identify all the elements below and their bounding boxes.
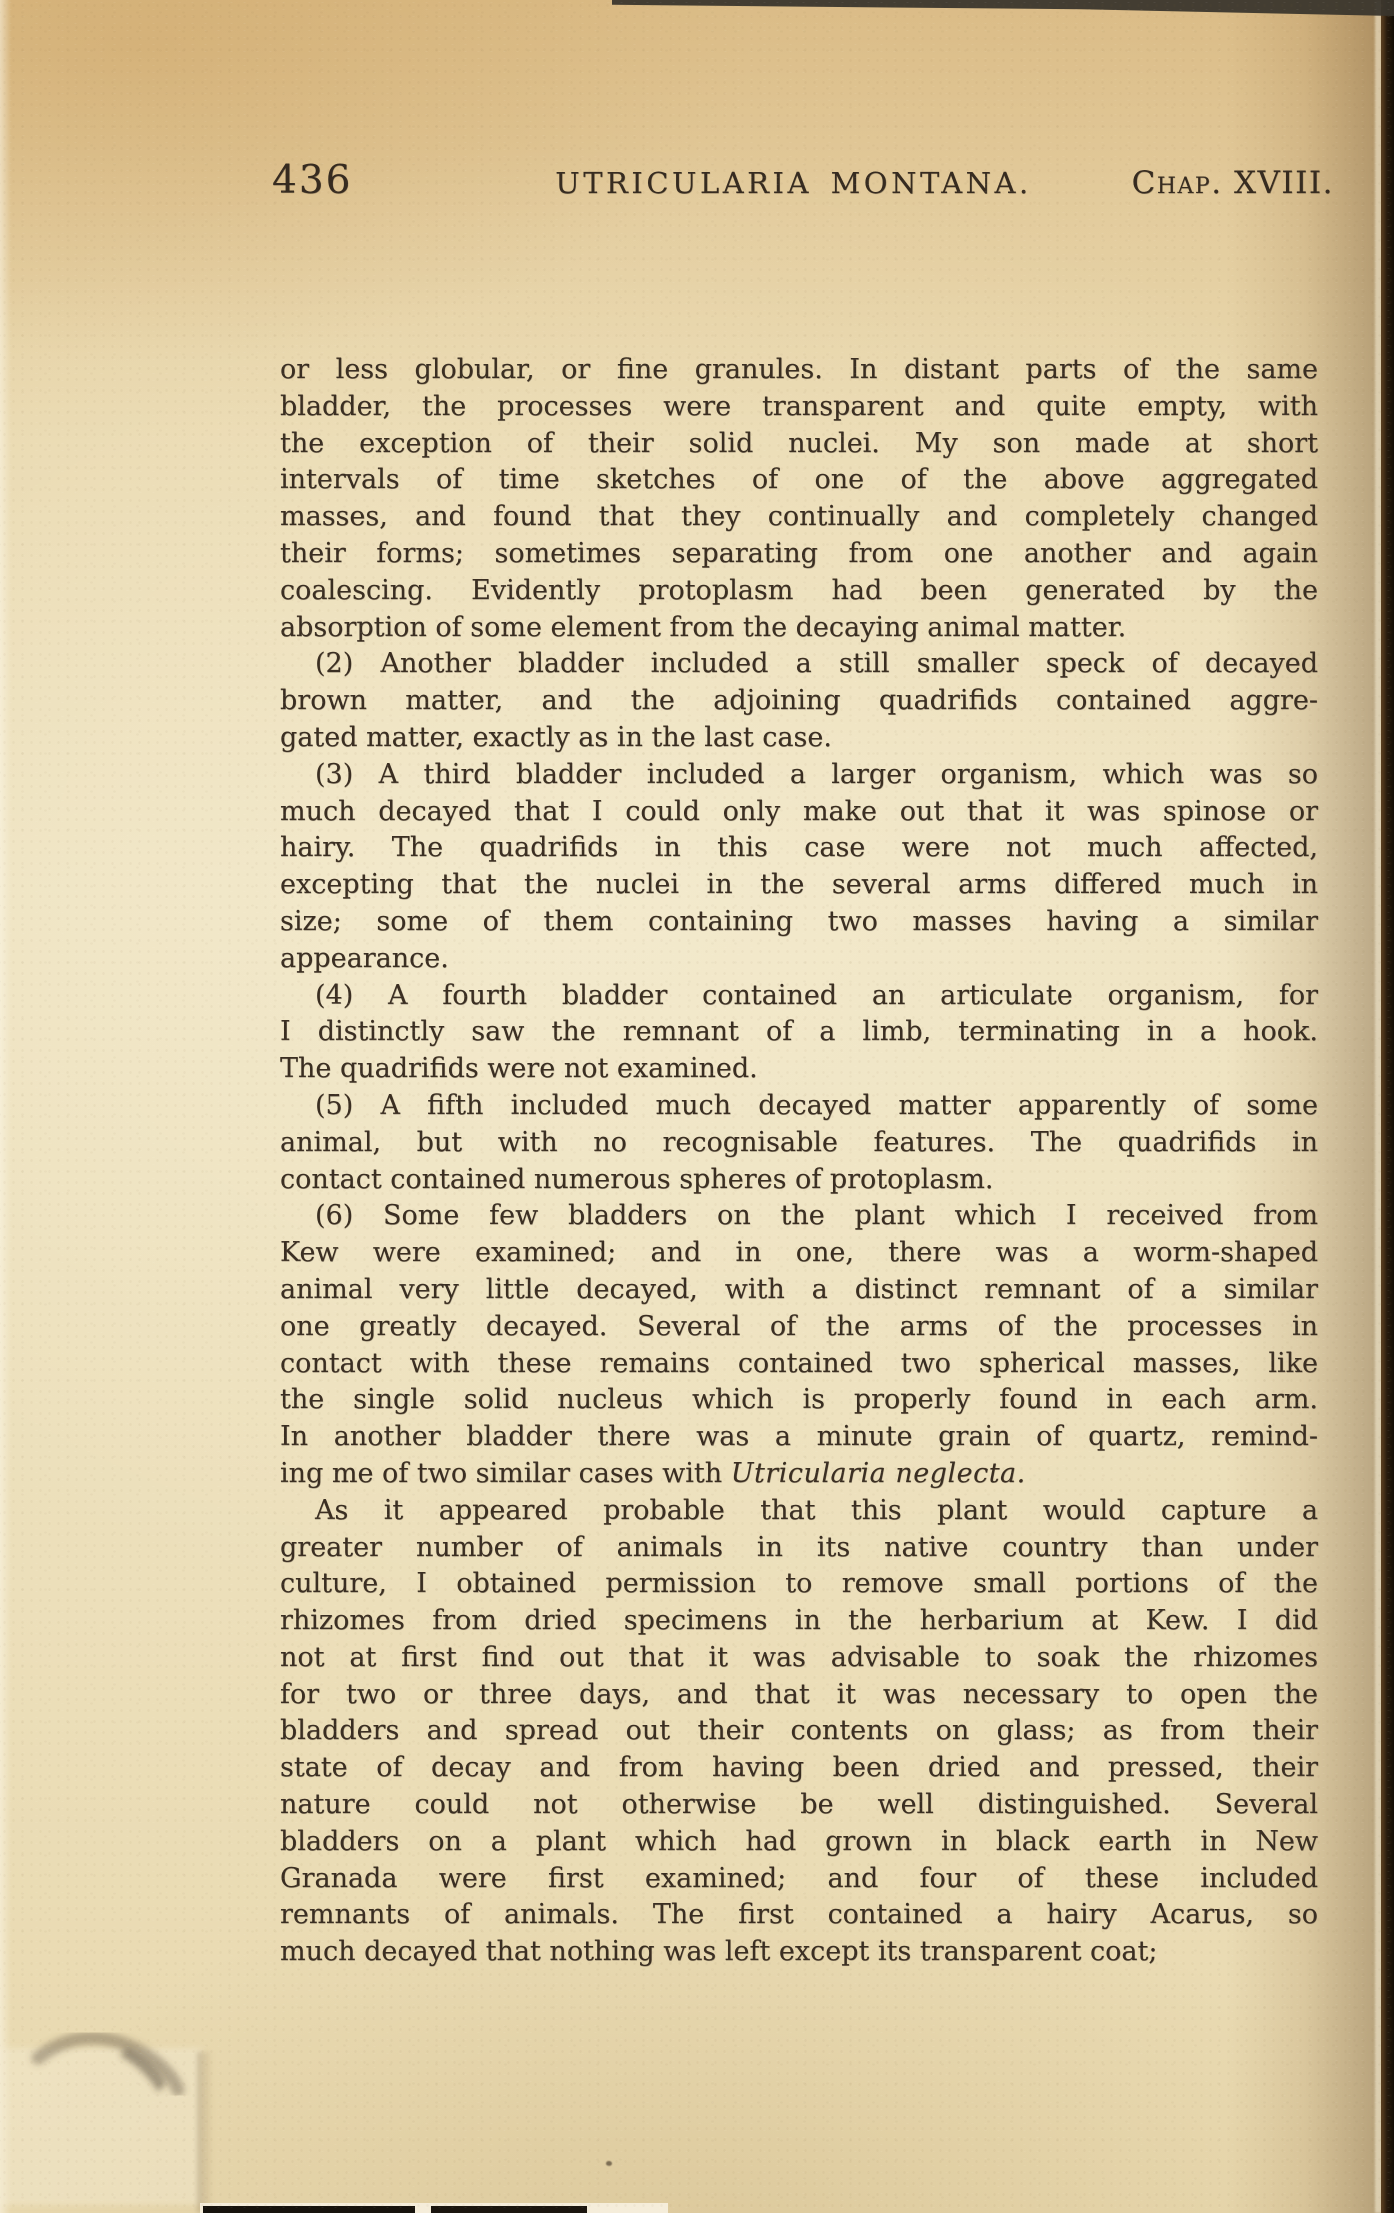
text-segment: the single solid nucleus which is proper… xyxy=(280,1384,1318,1415)
text-line: As it appeared probable that this plant … xyxy=(280,1493,1318,1530)
text-segment: for two or three days, and that it was n… xyxy=(280,1679,1318,1710)
text-line: their forms; sometimes separating from o… xyxy=(280,536,1318,573)
text-line: animal very little decayed, with a disti… xyxy=(280,1272,1318,1309)
text-segment: intervals of time sketches of one of the… xyxy=(280,464,1318,495)
text-line: animal, but with no recognisable feature… xyxy=(280,1125,1318,1162)
text-line: the single solid nucleus which is proper… xyxy=(280,1382,1318,1419)
text-line: hairy. The quadrifids in this case were … xyxy=(280,830,1318,867)
text-segment: animal, but with no recognisable feature… xyxy=(280,1127,1318,1158)
page-number: 436 xyxy=(272,161,352,200)
text-line: (4) A fourth bladder contained an articu… xyxy=(280,978,1318,1015)
paragraph: (5) A fifth included much decayed matter… xyxy=(280,1088,1318,1198)
left-page-edge xyxy=(0,0,11,2213)
text-segment: animal very little decayed, with a disti… xyxy=(280,1274,1318,1305)
text-segment: hairy. The quadrifids in this case were … xyxy=(280,832,1318,863)
text-line: absorption of some element from the deca… xyxy=(280,610,1318,647)
text-line: much decayed that I could only make out … xyxy=(280,794,1318,831)
text-line: (2) Another bladder included a still sma… xyxy=(280,646,1318,683)
page-smudge-mark xyxy=(8,2008,238,2118)
book-page-scan: 436 UTRICULARIA MONTANA. Chap. XVIII. or… xyxy=(0,0,1394,2213)
text-segment: much decayed that I could only make out … xyxy=(280,796,1318,827)
text-line: (6) Some few bladders on the plant which… xyxy=(280,1198,1318,1235)
text-segment: remnants of animals. The first contained… xyxy=(280,1899,1318,1930)
ink-speck xyxy=(606,2161,612,2166)
text-line: gated matter, exactly as in the last cas… xyxy=(280,720,1318,757)
paragraph: or less globular, or fine granules. In d… xyxy=(280,352,1318,646)
text-segment: brown matter, and the adjoining quadrifi… xyxy=(280,685,1318,716)
text-line: for two or three days, and that it was n… xyxy=(280,1677,1318,1714)
text-segment: nature could not otherwise be well disti… xyxy=(280,1789,1318,1820)
text-line: culture, I obtained permission to remove… xyxy=(280,1566,1318,1603)
text-segment: ing me of two similar cases with xyxy=(280,1458,731,1489)
text-segment: excepting that the nuclei in the several… xyxy=(280,869,1318,900)
text-line: intervals of time sketches of one of the… xyxy=(280,462,1318,499)
book-gutter-shadow xyxy=(1381,0,1394,2213)
paragraph: (4) A fourth bladder contained an articu… xyxy=(280,978,1318,1088)
text-segment: size; some of them containing two masses… xyxy=(280,906,1318,937)
text-line: I distinctly saw the remnant of a limb, … xyxy=(280,1014,1318,1051)
text-line: In another bladder there was a minute gr… xyxy=(280,1419,1318,1456)
text-segment: culture, I obtained permission to remove… xyxy=(280,1568,1318,1599)
text-line: contact contained numerous spheres of pr… xyxy=(280,1162,1318,1199)
text-line: bladder, the processes were transparent … xyxy=(280,389,1318,426)
page-body-text: or less globular, or fine granules. In d… xyxy=(280,352,1318,1971)
text-line: (3) A third bladder included a larger or… xyxy=(280,757,1318,794)
text-line: brown matter, and the adjoining quadrifi… xyxy=(280,683,1318,720)
text-line: much decayed that nothing was left excep… xyxy=(280,1934,1318,1971)
text-segment: or less globular, or fine granules. In d… xyxy=(280,354,1318,385)
text-line: remnants of animals. The first contained… xyxy=(280,1897,1318,1934)
text-segment: absorption of some element from the deca… xyxy=(280,612,1126,643)
text-segment: rhizomes from dried specimens in the her… xyxy=(280,1605,1318,1636)
text-line: excepting that the nuclei in the several… xyxy=(280,867,1318,904)
text-segment: bladders and spread out their contents o… xyxy=(280,1715,1318,1746)
text-segment: state of decay and from having been drie… xyxy=(280,1752,1318,1783)
text-line: appearance. xyxy=(280,941,1318,978)
chapter-label: Chap. XVIII. xyxy=(1132,168,1334,199)
paragraph: (6) Some few bladders on the plant which… xyxy=(280,1198,1318,1492)
text-line: not at first find out that it was advisa… xyxy=(280,1640,1318,1677)
paragraph: (3) A third bladder included a larger or… xyxy=(280,757,1318,978)
text-line: the exception of their solid nuclei. My … xyxy=(280,426,1318,463)
text-line: (5) A fifth included much decayed matter… xyxy=(280,1088,1318,1125)
text-segment: (3) A third bladder included a larger or… xyxy=(315,759,1318,790)
text-segment: In another bladder there was a minute gr… xyxy=(280,1421,1318,1452)
text-segment: one greatly decayed. Several of the arms… xyxy=(280,1311,1318,1342)
text-segment: coalescing. Evidently protoplasm had bee… xyxy=(280,575,1318,606)
paragraph: (2) Another bladder included a still sma… xyxy=(280,646,1318,756)
text-segment: (6) Some few bladders on the plant which… xyxy=(315,1200,1318,1231)
text-line: nature could not otherwise be well disti… xyxy=(280,1787,1318,1824)
text-segment: appearance. xyxy=(280,943,449,974)
text-line: one greatly decayed. Several of the arms… xyxy=(280,1309,1318,1346)
text-segment: bladder, the processes were transparent … xyxy=(280,391,1318,422)
running-title: UTRICULARIA MONTANA. xyxy=(555,169,1031,198)
text-segment: greater number of animals in its native … xyxy=(280,1532,1318,1563)
text-segment: (5) A fifth included much decayed matter… xyxy=(315,1090,1318,1121)
text-segment: their forms; sometimes separating from o… xyxy=(280,538,1318,569)
text-line: state of decay and from having been drie… xyxy=(280,1750,1318,1787)
text-segment: Kew were examined; and in one, there was… xyxy=(280,1237,1318,1268)
text-segment: masses, and found that they continually … xyxy=(280,501,1318,532)
text-segment: bladders on a plant which had grown in b… xyxy=(280,1826,1318,1857)
text-segment: contact contained numerous spheres of pr… xyxy=(280,1164,993,1195)
text-segment: Granada were first examined; and four of… xyxy=(280,1863,1318,1894)
text-segment: gated matter, exactly as in the last cas… xyxy=(280,722,832,753)
scan-bottom-dark-band xyxy=(431,2206,587,2213)
text-line: contact with these remains contained two… xyxy=(280,1346,1318,1383)
text-line: The quadrifids were not examined. xyxy=(280,1051,1318,1088)
text-segment: As it appeared probable that this plant … xyxy=(315,1495,1318,1526)
text-line: rhizomes from dried specimens in the her… xyxy=(280,1603,1318,1640)
text-segment: (4) A fourth bladder contained an articu… xyxy=(315,980,1318,1011)
text-line: Granada were first examined; and four of… xyxy=(280,1861,1318,1898)
text-line: masses, and found that they continually … xyxy=(280,499,1318,536)
text-segment: (2) Another bladder included a still sma… xyxy=(315,648,1318,679)
text-line: Kew were examined; and in one, there was… xyxy=(280,1235,1318,1272)
text-segment: contact with these remains contained two… xyxy=(280,1348,1318,1379)
text-segment: I distinctly saw the remnant of a limb, … xyxy=(280,1016,1318,1047)
text-line: bladders and spread out their contents o… xyxy=(280,1713,1318,1750)
text-segment: the exception of their solid nuclei. My … xyxy=(280,428,1318,459)
italic-species-name: Utricularia neglecta. xyxy=(731,1458,1026,1489)
text-line: size; some of them containing two masses… xyxy=(280,904,1318,941)
text-segment: not at first find out that it was advisa… xyxy=(280,1642,1318,1673)
text-line: bladders on a plant which had grown in b… xyxy=(280,1824,1318,1861)
paragraph: As it appeared probable that this plant … xyxy=(280,1493,1318,1971)
text-line: or less globular, or fine granules. In d… xyxy=(280,352,1318,389)
running-head: 436 UTRICULARIA MONTANA. Chap. XVIII. xyxy=(272,148,1334,200)
text-line: ing me of two similar cases with Utricul… xyxy=(280,1456,1318,1493)
text-segment: The quadrifids were not examined. xyxy=(280,1053,758,1084)
text-line: coalescing. Evidently protoplasm had bee… xyxy=(280,573,1318,610)
scan-bottom-dark-band xyxy=(203,2206,415,2213)
text-segment: much decayed that nothing was left excep… xyxy=(280,1936,1157,1967)
text-line: greater number of animals in its native … xyxy=(280,1530,1318,1567)
